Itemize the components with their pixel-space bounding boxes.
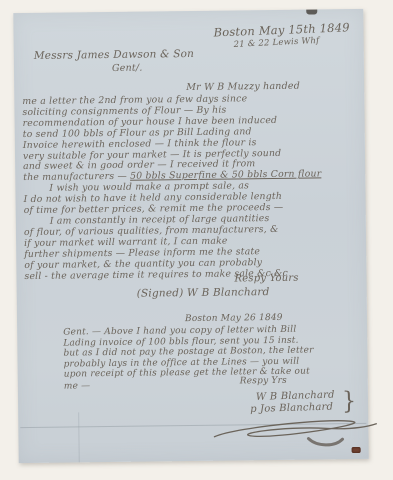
recipient-line: Messrs James Dawson & Son (34, 48, 194, 62)
signed-line: (Signed) W B Blanchard (137, 286, 270, 300)
closing-line: Respy Yours (234, 273, 298, 285)
postscript-dateline: Boston May 26 1849 (185, 313, 283, 324)
postscript-closing: Respy Yrs (240, 376, 287, 387)
letter-paper: Boston May 15th 1849 21 & 22 Lewis Whf M… (13, 9, 368, 463)
dateline: Boston May 15th 1849 (213, 20, 350, 39)
ink-blot-mark (306, 9, 317, 14)
salutation: Gent/. (112, 63, 143, 74)
letter-body: me a letter the 2nd from you a few days … (22, 93, 359, 282)
signature-flourish (210, 413, 379, 459)
signature-brace: } (342, 388, 356, 416)
opening-line: Mr W B Muzzy handed (186, 81, 300, 93)
paper-crease-vertical (78, 412, 80, 462)
postscript-line: upon receipt of this please get the lett… (64, 366, 358, 380)
postscript-last-line: me — (64, 381, 91, 391)
postscript-body: Gent. — Above I hand you copy of letter … (63, 324, 358, 381)
body-line: sell - the average time it requires to m… (24, 267, 359, 282)
